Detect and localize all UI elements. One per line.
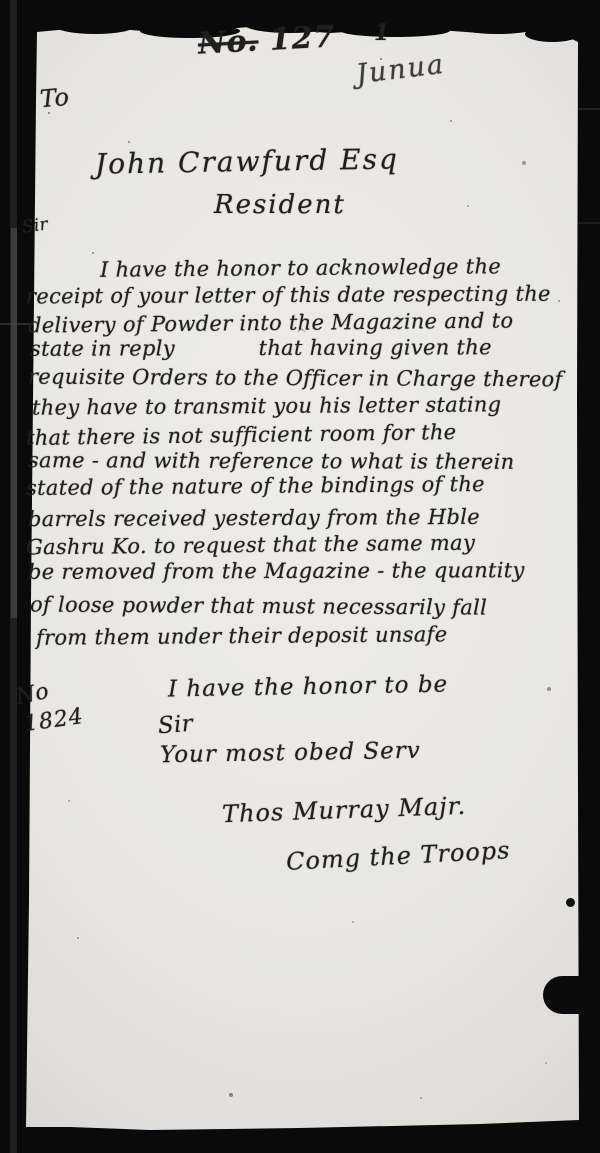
body-line: receipt of your letter of this date resp… <box>26 284 551 308</box>
body-line: same - and with reference to what is the… <box>28 450 515 473</box>
closing-line: Sir <box>157 713 194 738</box>
body-line: delivery of Powder into the Magazine and… <box>28 310 514 336</box>
closing-line: Your most obed Serv <box>160 740 421 768</box>
docket-number: No. 127 <box>197 22 336 59</box>
body-line: state in reply that having given the <box>30 337 492 360</box>
insertion-caret-mark: ^ <box>296 328 307 341</box>
body-line: they have to transmit you his letter sta… <box>32 394 502 418</box>
body-line: I have the honor to acknowledge the <box>100 256 501 280</box>
salutation: Sir <box>21 216 49 236</box>
stray-pen-mark: 1 <box>374 22 390 44</box>
body-line: requisite Orders to the Officer in Charg… <box>28 367 563 391</box>
frame-scratch-line <box>576 108 600 110</box>
heading-to: To <box>39 85 70 111</box>
docket-number-value: 127 <box>269 19 336 57</box>
film-edge-highlight <box>11 228 17 618</box>
torn-edge-blob <box>525 26 580 42</box>
body-line: Gashru Ko. to request that the same may <box>26 533 475 559</box>
torn-edge-blob <box>55 18 135 34</box>
addressee-name: John Crawfurd Esq <box>95 145 399 178</box>
body-line: from them under their deposit unsafe <box>36 624 448 649</box>
ink-blot <box>566 898 575 907</box>
frame-scratch-line <box>576 222 600 224</box>
paper-foxing-specks <box>0 0 2 2</box>
body-line: barrels received yesterday from the Hble <box>28 507 480 530</box>
torn-edge-blob <box>395 8 435 26</box>
body-line: be removed from the Magazine - the quant… <box>28 560 525 583</box>
scanned-letter-photo: No. 127 1 Junua To John Crawfurd Esq Res… <box>0 0 600 1153</box>
closing-line: I have the honor to be <box>168 674 449 702</box>
addressee-title: Resident <box>214 192 346 218</box>
torn-edge-blob <box>340 24 450 37</box>
binder-clip-shadow <box>543 976 600 1014</box>
body-line: of loose powder that must necessarily fa… <box>30 594 487 618</box>
body-line: stated of the nature of the bindings of … <box>26 474 485 499</box>
docket-number-prefix-struck: No. <box>197 23 259 61</box>
